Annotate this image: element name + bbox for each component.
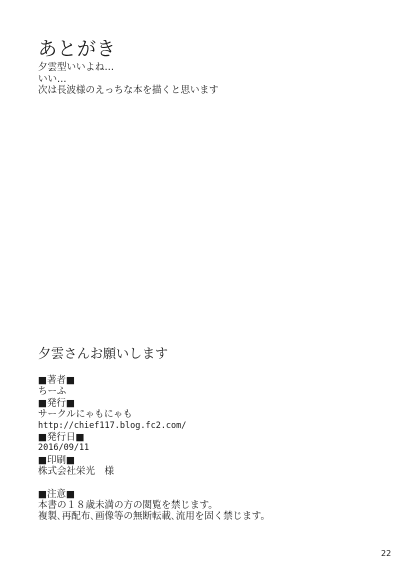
document-page: あとがき 夕雲型いいよね… いい… 次は長波様のえっちな本を描くと思います 夕雲… xyxy=(0,0,400,565)
afterword-section: あとがき 夕雲型いいよね… いい… 次は長波様のえっちな本を描くと思います xyxy=(38,38,219,97)
book-title: 夕雲さんお願いします xyxy=(38,347,270,363)
publish-date: 2016/09/11 xyxy=(38,443,270,454)
afterword-line: いい… xyxy=(38,74,219,86)
notice-line: 複製､再配布､画像等の無断転載､流用を固く禁じます。 xyxy=(38,511,270,522)
printer-header: ■印刷■ xyxy=(38,455,270,466)
afterword-line: 次は長波様のえっちな本を描くと思います xyxy=(38,85,219,97)
publisher-url: http://chief117.blog.fc2.com/ xyxy=(38,421,270,432)
afterword-title: あとがき xyxy=(38,38,219,60)
notice-header: ■注意■ xyxy=(38,489,270,500)
publisher-name: サークルにゃもにゃも xyxy=(38,409,270,420)
publisher-header: ■発行■ xyxy=(38,398,270,409)
page-number: 22 xyxy=(381,549,391,559)
author-name: ちーふ xyxy=(38,386,270,397)
afterword-line: 夕雲型いいよね… xyxy=(38,62,219,74)
spacer xyxy=(38,478,270,489)
date-header: ■発行日■ xyxy=(38,432,270,443)
colophon-section: 夕雲さんお願いします ■著者■ ちーふ ■発行■ サークルにゃもにゃも http… xyxy=(38,347,270,523)
author-header: ■著者■ xyxy=(38,375,270,386)
printer-name: 株式会社栄光 様 xyxy=(38,466,270,477)
notice-line: 本書の１８歳未満の方の閲覧を禁じます。 xyxy=(38,500,270,511)
